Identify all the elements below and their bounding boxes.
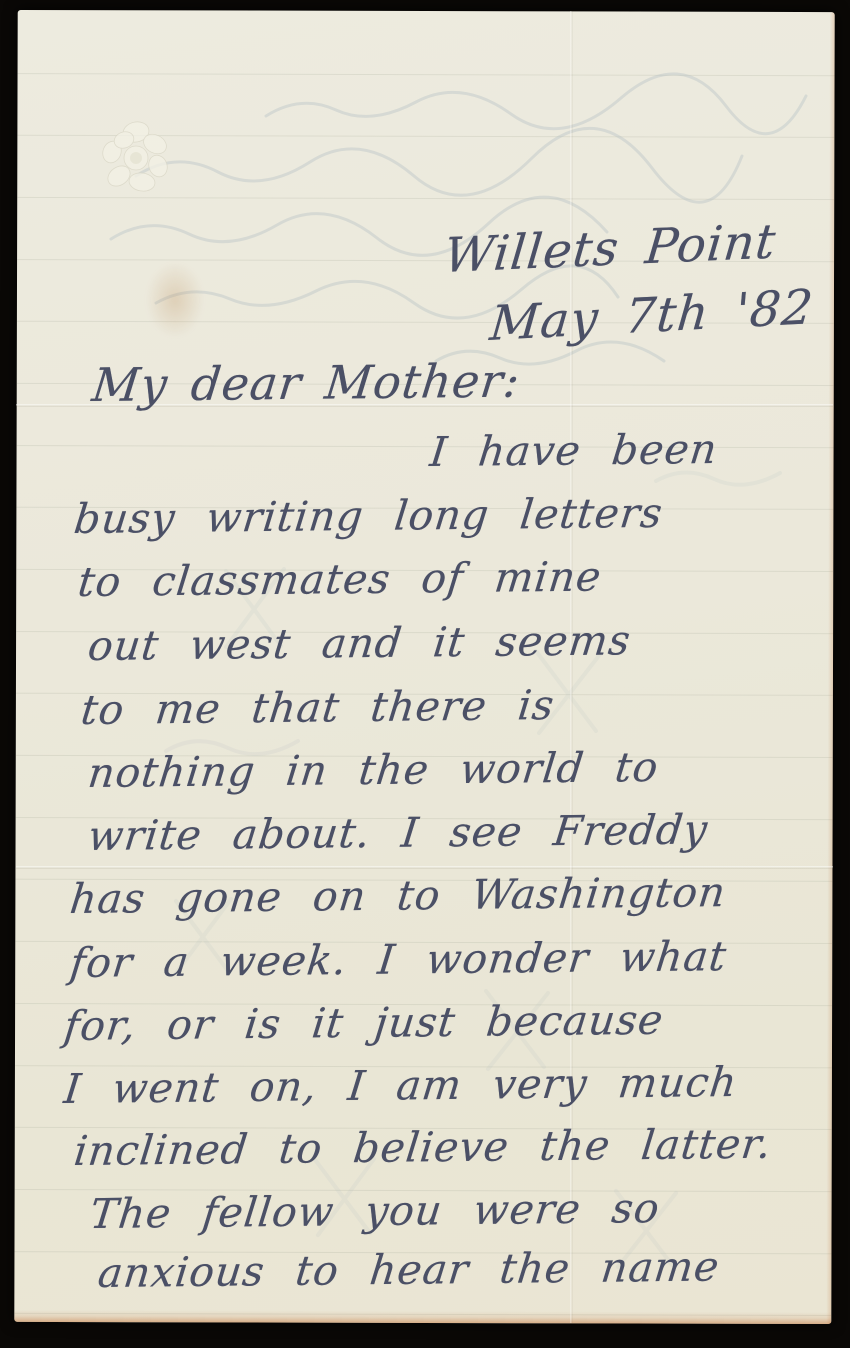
paper-stain [146, 262, 204, 338]
heading-place: Willets Point [442, 218, 778, 280]
letter-line: write about. I see Freddy [86, 810, 710, 857]
letter-line: inclined to believe the latter. [72, 1124, 774, 1172]
embossed-seal-icon [92, 110, 180, 204]
scanned-letter-photo: Willets Point May 7th '82 My dear Mother… [0, 0, 850, 1348]
letter-line: nothing in the world to [86, 747, 661, 794]
letter-line: out west and it seems [86, 620, 633, 667]
letter-line: to classmates of mine [76, 557, 604, 603]
letter-line: busy writing long letters [72, 493, 665, 540]
letter-line: for, or is it just because [62, 1000, 666, 1047]
salutation: My dear Mother: [90, 358, 523, 408]
letter-line: has gone on to Washington [68, 872, 728, 920]
letter-line: to me that there is [79, 685, 557, 731]
letter-line: anxious to hear the name [96, 1247, 722, 1294]
letter-line: I have been [428, 429, 720, 473]
letter-line: for a week. I wonder what [68, 936, 729, 984]
letter-line: The fellow you were so [88, 1188, 662, 1235]
letter-line: I went on, I am very much [62, 1062, 740, 1110]
